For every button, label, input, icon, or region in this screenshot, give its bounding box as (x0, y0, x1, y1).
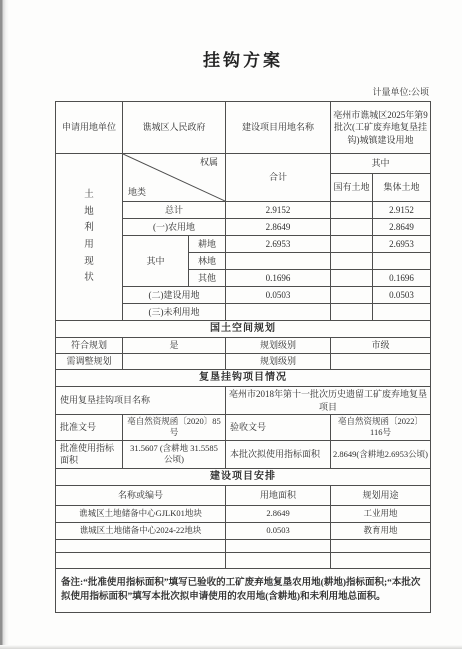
table-row (56, 539, 431, 552)
approved-area-label: 批准使用指标面积 (56, 440, 123, 468)
construction-col-area: 用地面积 (226, 485, 331, 505)
scan-edge-bottom (0, 645, 462, 649)
conform-value: 是 (123, 338, 226, 354)
construction-row-name-empty (56, 539, 226, 552)
land-row-total: 0.1696 (226, 270, 331, 287)
col-state-owned-header: 国有土地 (331, 174, 373, 202)
conform-label: 符合规划 (56, 338, 123, 354)
col-collective-header: 集体土地 (373, 174, 431, 202)
scan-edge-left (0, 0, 9, 649)
page-title: 挂钩方案 (55, 46, 431, 71)
reclamation-project-name-value: 亳州市2018年第十一批次历史遗留工矿废弃地复垦项目 (226, 387, 431, 415)
table-row: 名称或编号 用地面积 规划用途 (56, 485, 431, 505)
level-value: 市级 (331, 338, 431, 354)
table-row: 符合规划 是 规划级别 市级 (56, 338, 431, 354)
land-row-total: 2.6953 (226, 236, 331, 253)
land-row-label: 林地 (189, 253, 226, 270)
construction-row-area-empty (226, 552, 331, 568)
acceptance-no-label: 验收文号 (226, 415, 331, 441)
batch-area-label: 本批次拟使用指标面积 (226, 440, 331, 468)
acceptance-no-value: 亳自然资规函〔2022〕116号 (331, 415, 431, 441)
document-sheet: 挂钩方案 计量单位:公顷 申请用地单位 谯城区人民政府 建设项目用地名称 亳州市… (55, 0, 431, 613)
approval-no-value: 亳自然资规函〔2020〕85号 (123, 415, 226, 441)
construction-row-name: 谯城区土地储备中心GJLK01地块 (56, 505, 226, 522)
land-row-label: (三)未利用地 (123, 304, 226, 321)
construction-row-use-empty (331, 552, 431, 568)
land-row-state (331, 253, 373, 270)
col-total-header: 合计 (226, 154, 331, 202)
reclamation-section-title: 复垦挂钩项目情况 (56, 370, 431, 387)
adjust-level-label: 规划级别 (226, 354, 331, 370)
table-row: 批准使用指标面积 31.5607 (含耕地 31.5585 公顷) 本批次拟使用… (56, 440, 431, 468)
construction-col-use: 规划用途 (331, 485, 431, 505)
land-row-state (331, 236, 373, 253)
table-row: 使用复垦挂钩项目名称 亳州市2018年第十一批次历史遗留工矿废弃地复垦项目 (56, 387, 431, 415)
table-row: 需调整规划 规划级别 (56, 354, 431, 370)
table-row: 谯城区土地储备中心GJLK01地块 2.8649 工业用地 (56, 505, 431, 522)
land-use-section-label: 土地利用现状 (56, 154, 123, 321)
construction-row-area: 0.0503 (226, 522, 331, 539)
land-row-total: 0.0503 (226, 287, 331, 304)
plan-table: 申请用地单位 谯城区人民政府 建设项目用地名称 亳州市谯城区2025年第9批次(… (55, 101, 431, 613)
table-row: 谯城区土地储备中心2024-22地块 0.0503 教育用地 (56, 522, 431, 539)
approved-area-value: 31.5607 (含耕地 31.5585 公顷) (123, 440, 226, 468)
reclamation-project-name-label: 使用复垦挂钩项目名称 (56, 387, 226, 415)
land-row-collective: 0.1696 (373, 270, 431, 287)
spatial-planning-section-title: 国土空间规划 (56, 321, 431, 338)
land-row-label: (一)农用地 (123, 219, 226, 236)
land-row-collective: 2.6953 (373, 236, 431, 253)
table-row: 复垦挂钩项目情况 (56, 370, 431, 387)
construction-row-area: 2.8649 (226, 505, 331, 522)
land-row-total: 2.8649 (226, 219, 331, 236)
adjust-label: 需调整规划 (56, 354, 123, 370)
construction-row-use: 教育用地 (331, 522, 431, 539)
diag-ownership-label: 权属 (200, 156, 218, 168)
land-row-state (331, 219, 373, 236)
land-row-collective: 2.8649 (373, 219, 431, 236)
table-row: 申请用地单位 谯城区人民政府 建设项目用地名称 亳州市谯城区2025年第9批次(… (56, 102, 431, 154)
land-row-state (331, 287, 373, 304)
construction-row-name-empty (56, 552, 226, 568)
approval-no-label: 批准文号 (56, 415, 123, 441)
unit-note: 计量单位:公顷 (55, 85, 431, 98)
batch-area-value: 2.8649(含耕地2.6953公顷) (331, 440, 431, 468)
col-among-header: 其中 (331, 154, 431, 174)
applicant-label: 申请用地单位 (56, 102, 123, 154)
construction-section-title: 建设项目安排 (56, 468, 431, 485)
adjust-value (123, 354, 226, 370)
table-row: 批准文号 亳自然资规函〔2020〕85号 验收文号 亳自然资规函〔2022〕11… (56, 415, 431, 441)
land-group-label: 其中 (123, 236, 189, 287)
construction-row-use-empty (331, 539, 431, 552)
project-label: 建设项目用地名称 (226, 102, 331, 154)
land-row-collective (373, 253, 431, 270)
land-row-label: (二)建设用地 (123, 287, 226, 304)
land-row-state (331, 202, 373, 219)
adjust-level-value (331, 354, 431, 370)
land-row-collective: 2.9152 (373, 202, 431, 219)
land-row-collective (373, 304, 431, 321)
land-row-total (226, 253, 331, 270)
diagonal-header-cell: 权属 地类 (123, 154, 226, 202)
land-row-label: 耕地 (189, 236, 226, 253)
table-row (56, 552, 431, 568)
construction-col-name: 名称或编号 (56, 485, 226, 505)
applicant-value: 谯城区人民政府 (123, 102, 226, 154)
land-row-total: 2.9152 (226, 202, 331, 219)
level-label: 规划级别 (226, 338, 331, 354)
note-text: 备注:“批准使用指标面积”填写已验收的工矿废弃地复垦农用地(耕地)指标面积;“本… (56, 568, 431, 612)
land-row-label: 其他 (189, 270, 226, 287)
land-row-label: 总计 (123, 202, 226, 219)
table-row: 备注:“批准使用指标面积”填写已验收的工矿废弃地复垦农用地(耕地)指标面积;“本… (56, 568, 431, 612)
land-row-state (331, 270, 373, 287)
land-row-collective: 0.0503 (373, 287, 431, 304)
table-row: 建设项目安排 (56, 468, 431, 485)
construction-row-area-empty (226, 539, 331, 552)
land-row-state (331, 304, 373, 321)
construction-row-name: 谯城区土地储备中心2024-22地块 (56, 522, 226, 539)
land-use-vertical-text: 土地利用现状 (83, 187, 95, 287)
project-value: 亳州市谯城区2025年第9批次(工矿废弃地复垦挂钩)城镇建设用地 (331, 102, 431, 154)
table-row: 土地利用现状 权属 地类 合计 其中 (56, 154, 431, 174)
table-row: 国土空间规划 (56, 321, 431, 338)
diag-landtype-label: 地类 (128, 186, 146, 198)
construction-row-use: 工业用地 (331, 505, 431, 522)
land-row-total (226, 304, 331, 321)
